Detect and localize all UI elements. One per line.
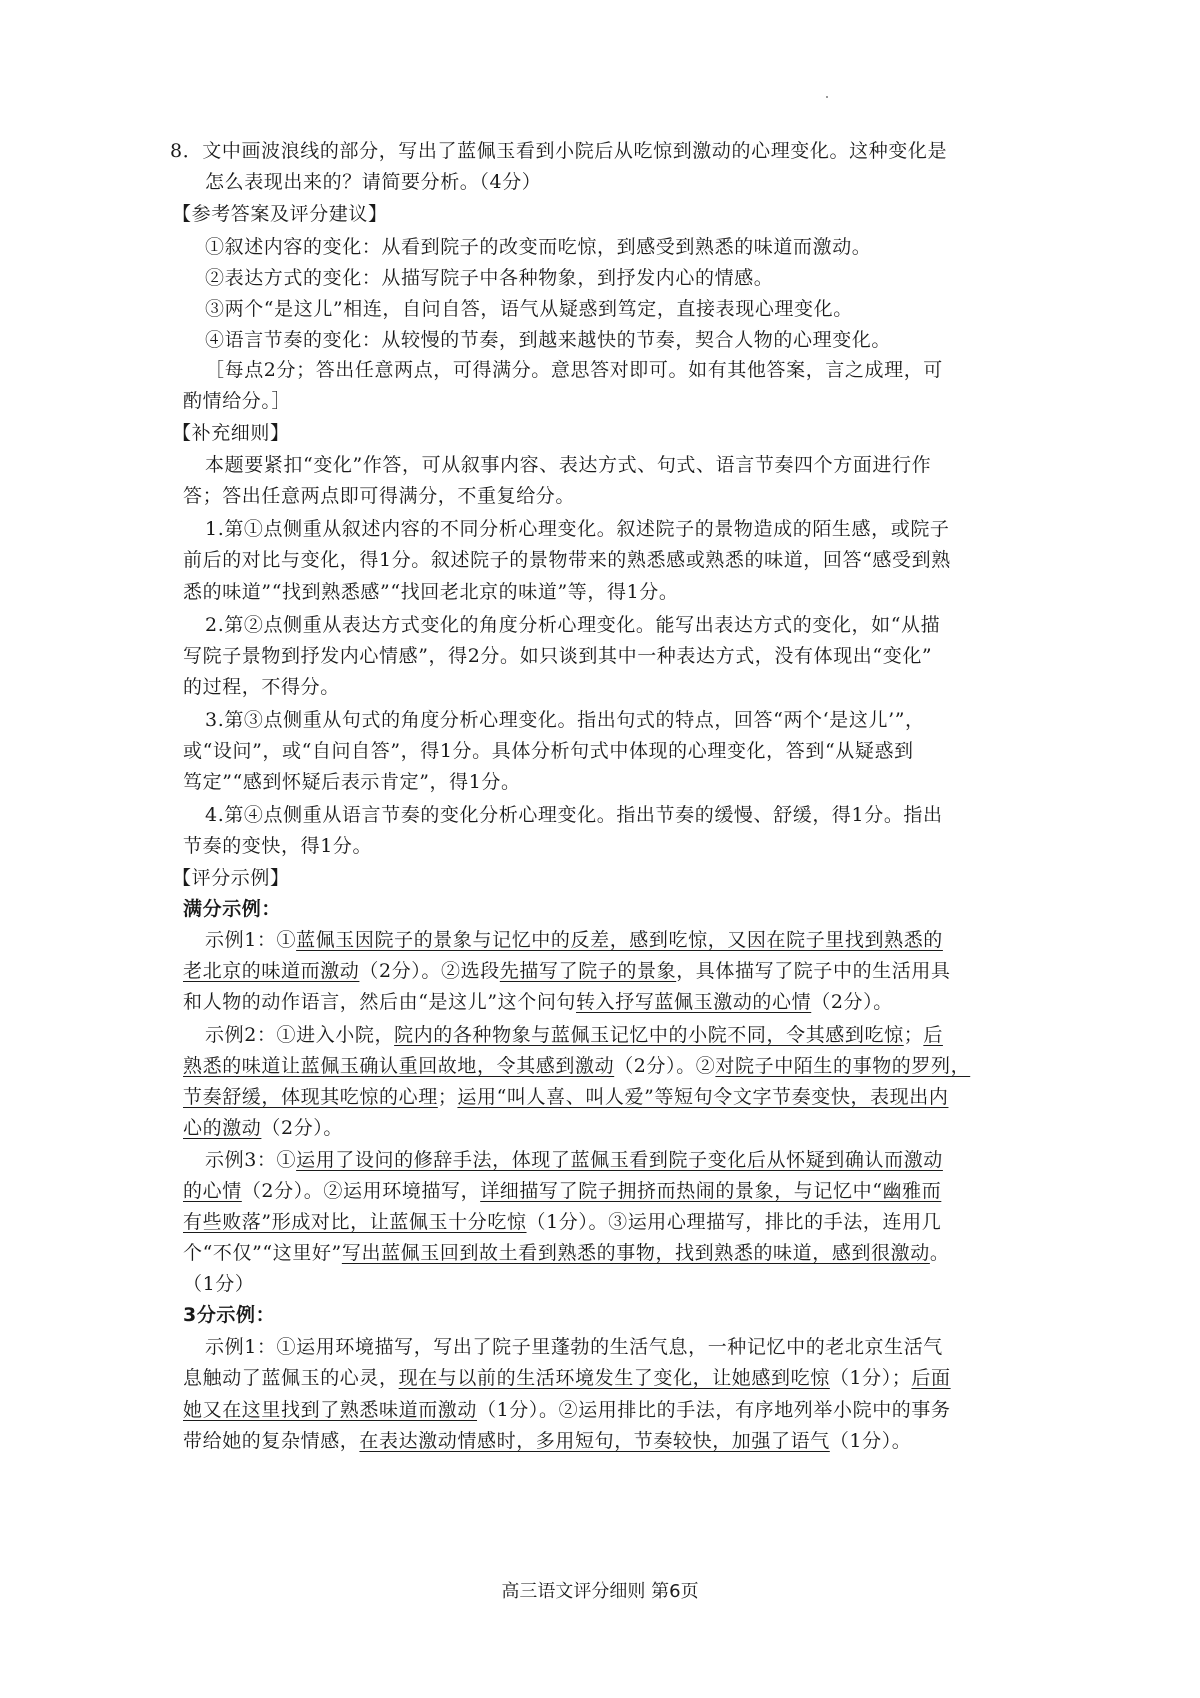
underlined-text: 后面 <box>911 1367 950 1389</box>
underlined-text: 运用了设问的修辞手法，体现了蓝佩玉看到院子变化后从怀疑到确认而激动 <box>296 1149 943 1171</box>
text-segment: 示例3：① <box>205 1149 296 1171</box>
full-score-example-3-line-4: 个“不仅”“这里好”写出蓝佩玉回到故土看到熟悉的事物，找到熟悉的味道，感到很激动… <box>183 1241 943 1265</box>
full-score-example-1-line-3: 和人物的动作语言，然后由“是这儿”这个问句转入抒写蓝佩玉激动的心情（2分）。 <box>183 990 943 1014</box>
full-score-example-2-line-1: 示例2：①进入小院，院内的各种物象与蓝佩玉记忆中的小院不同，令其感到吃惊；后 <box>205 1023 965 1047</box>
full-score-label: 满分示例： <box>183 897 943 921</box>
reference-heading: 【参考答案及评分建议】 <box>172 202 932 226</box>
reference-note-line-2: 酌情给分。］ <box>183 389 943 413</box>
text-segment: （1分） <box>183 1273 255 1295</box>
underlined-text: 老北京的味道而激动 <box>183 960 359 982</box>
full-score-example-3-line-1: 示例3：①运用了设问的修辞手法，体现了蓝佩玉看到院子变化后从怀疑到确认而激动 <box>205 1148 965 1172</box>
underlined-text: 院内的各种物象与蓝佩玉记忆中的小院不同，令其感到吃惊 <box>394 1024 904 1046</box>
underlined-text: 后 <box>923 1024 943 1046</box>
text-segment: 示例1：①运用环境描写，写出了院子里蓬勃的生活气息，一种记忆中的老北京生活气 <box>205 1336 943 1358</box>
full-score-example-2-line-4: 心的激动（2分）。 <box>183 1116 943 1140</box>
rule-4-line-2: 节奏的变快，得1分。 <box>183 834 943 858</box>
underlined-text: 有些败落”形成对比，让蓝佩玉十分吃惊 <box>183 1211 527 1233</box>
reference-note-line-1: ［每点2分；答出任意两点，可得满分。意思答对即可。如有其他答案，言之成理，可 <box>205 358 965 382</box>
underlined-text: 蓝佩玉因院子的景象与记忆中的反差，感到吃惊，又因在院子里找到熟悉的 <box>296 929 943 951</box>
text-segment: ； <box>904 1024 924 1046</box>
reference-point-4: ④语言节奏的变化：从较慢的节奏，到越来越快的节奏，契合人物的心理变化。 <box>205 328 965 352</box>
underlined-text: 详细描写了院子拥挤而热闹的景象，与记忆中“幽雅而 <box>480 1180 941 1202</box>
supplement-intro-line-2: 答；答出任意两点即可得满分，不重复给分。 <box>183 484 943 508</box>
text-segment: （1分）。②运用排比的手法，有序地列举小院中的事务 <box>477 1399 951 1421</box>
text-segment: ； <box>438 1086 458 1108</box>
question-line-1: 8．文中画波浪线的部分，写出了蓝佩玉看到小院后从吃惊到激动的心理变化。这种变化是 <box>170 139 930 163</box>
full-score-example-3-line-2: 的心情（2分）。②运用环境描写，详细描写了院子拥挤而热闹的景象，与记忆中“幽雅而 <box>183 1179 943 1203</box>
scan-speck <box>826 96 828 98</box>
text-segment: （2分）。② <box>614 1055 715 1077</box>
underlined-text: 写出蓝佩玉回到故土看到熟悉的事物，找到熟悉的味道，感到很激动 <box>342 1242 930 1264</box>
rule-1-line-3: 悉的味道”“找到熟悉感”“找回老北京的味道”等，得1分。 <box>183 580 943 604</box>
text-segment: 和人物的动作语言，然后由“是这儿”这个问句 <box>183 991 576 1013</box>
underlined-text: 先描写了院子的景象 <box>500 960 676 982</box>
page-footer: 高三语文评分细则 第6页 <box>0 1577 1200 1603</box>
three-score-example-1-line-2: 息触动了蓝佩玉的心灵，现在与以前的生活环境发生了变化，让她感到吃惊（1分）；后面 <box>183 1366 943 1390</box>
text-segment: 。 <box>930 1242 950 1264</box>
rule-2-line-1: 2.第②点侧重从表达方式变化的角度分析心理变化。能写出表达方式的变化，如“从描 <box>205 613 965 637</box>
underlined-text: 的心情 <box>183 1180 242 1202</box>
three-score-example-1-line-1: 示例1：①运用环境描写，写出了院子里蓬勃的生活气息，一种记忆中的老北京生活气 <box>205 1335 965 1359</box>
text-segment: 个“不仅”“这里好” <box>183 1242 342 1264</box>
text-segment: （1分）； <box>830 1367 912 1389</box>
underlined-text: 节奏舒缓，体现其吃惊的心理 <box>183 1086 438 1108</box>
underlined-text: 在表达激动情感时，多用短句，节奏较快，加强了语气 <box>359 1430 829 1452</box>
full-score-example-1-line-2: 老北京的味道而激动（2分）。②选段先描写了院子的景象，具体描写了院子中的生活用具 <box>183 959 943 983</box>
rule-2-line-2: 写院子景物到抒发内心情感”，得2分。如只谈到其中一种表达方式，没有体现出“变化” <box>183 644 943 668</box>
full-score-example-3-line-5: （1分） <box>183 1272 943 1296</box>
rule-1-line-2: 前后的对比与变化，得1分。叙述院子的景物带来的熟悉感或熟悉的味道，回答“感受到熟 <box>183 548 943 572</box>
rule-3-line-2: 或“设问”，或“自问自答”，得1分。具体分析句式中体现的心理变化，答到“从疑惑到 <box>183 739 943 763</box>
text-segment: ，具体描写了院子中的生活用具 <box>676 960 950 982</box>
document-page: 8．文中画波浪线的部分，写出了蓝佩玉看到小院后从吃惊到激动的心理变化。这种变化是… <box>0 0 1200 1698</box>
rule-3-line-3: 笃定”“感到怀疑后表示肯定”，得1分。 <box>183 770 943 794</box>
text-segment: 示例2：①进入小院， <box>205 1024 394 1046</box>
full-score-example-2-line-3: 节奏舒缓，体现其吃惊的心理；运用“叫人喜、叫人爱”等短句令文字节奏变快，表现出内 <box>183 1085 943 1109</box>
underlined-text: 运用“叫人喜、叫人爱”等短句令文字节奏变快，表现出内 <box>457 1086 948 1108</box>
full-score-example-1-line-1: 示例1：①蓝佩玉因院子的景象与记忆中的反差，感到吃惊，又因在院子里找到熟悉的 <box>205 928 965 952</box>
supplement-intro-line-1: 本题要紧扣“变化”作答，可从叙事内容、表达方式、句式、语言节奏四个方面进行作 <box>205 453 965 477</box>
underlined-text: 熟悉的味道让蓝佩玉确认重回故地，令其感到激动 <box>183 1055 614 1077</box>
text-segment: （2分）。②选段 <box>359 960 499 982</box>
underlined-text: 现在与以前的生活环境发生了变化，让她感到吃惊 <box>399 1367 830 1389</box>
text-segment: （1分）。③运用心理描写，排比的手法，连用几 <box>527 1211 942 1233</box>
text-segment: （2分）。 <box>811 991 893 1013</box>
three-score-example-1-line-3: 她又在这里找到了熟悉味道而激动（1分）。②运用排比的手法，有序地列举小院中的事务 <box>183 1398 943 1422</box>
reference-point-1: ①叙述内容的变化：从看到院子的改变而吃惊，到感受到熟悉的味道而激动。 <box>205 235 965 259</box>
rule-4-line-1: 4.第④点侧重从语言节奏的变化分析心理变化。指出节奏的缓慢、舒缓，得1分。指出 <box>205 803 965 827</box>
full-score-example-2-line-2: 熟悉的味道让蓝佩玉确认重回故地，令其感到激动（2分）。②对院子中陌生的事物的罗列… <box>183 1054 943 1078</box>
three-score-example-1-line-4: 带给她的复杂情感，在表达激动情感时，多用短句，节奏较快，加强了语气（1分）。 <box>183 1429 943 1453</box>
text-segment: （2分）。 <box>261 1117 343 1139</box>
text-segment: （1分）。 <box>830 1430 912 1452</box>
text-segment: 带给她的复杂情感， <box>183 1430 359 1452</box>
underlined-text: 转入抒写蓝佩玉激动的心情 <box>576 991 811 1013</box>
underlined-text: 对院子中陌生的事物的罗列， <box>715 1055 970 1077</box>
rule-2-line-3: 的过程，不得分。 <box>183 675 943 699</box>
question-line-2: 怎么表现出来的？请简要分析。（4分） <box>205 170 965 194</box>
rule-3-line-1: 3.第③点侧重从句式的角度分析心理变化。指出句式的特点，回答“两个‘是这儿’”， <box>205 708 965 732</box>
reference-point-2: ②表达方式的变化：从描写院子中各种物象，到抒发内心的情感。 <box>205 266 965 290</box>
underlined-text: 她又在这里找到了熟悉味道而激动 <box>183 1399 477 1421</box>
text-segment: 示例1：① <box>205 929 296 951</box>
text-segment: （2分）。②运用环境描写， <box>242 1180 480 1202</box>
full-score-example-3-line-3: 有些败落”形成对比，让蓝佩玉十分吃惊（1分）。③运用心理描写，排比的手法，连用几 <box>183 1210 943 1234</box>
supplement-heading: 【补充细则】 <box>172 421 932 445</box>
underlined-text: 心的激动 <box>183 1117 261 1139</box>
examples-heading: 【评分示例】 <box>172 866 932 890</box>
text-segment: 息触动了蓝佩玉的心灵， <box>183 1367 399 1389</box>
rule-1-line-1: 1.第①点侧重从叙述内容的不同分析心理变化。叙述院子的景物造成的陌生感，或院子 <box>205 517 965 541</box>
three-score-label: 3分示例： <box>183 1303 943 1327</box>
reference-point-3: ③两个“是这儿”相连，自问自答，语气从疑惑到笃定，直接表现心理变化。 <box>205 297 965 321</box>
